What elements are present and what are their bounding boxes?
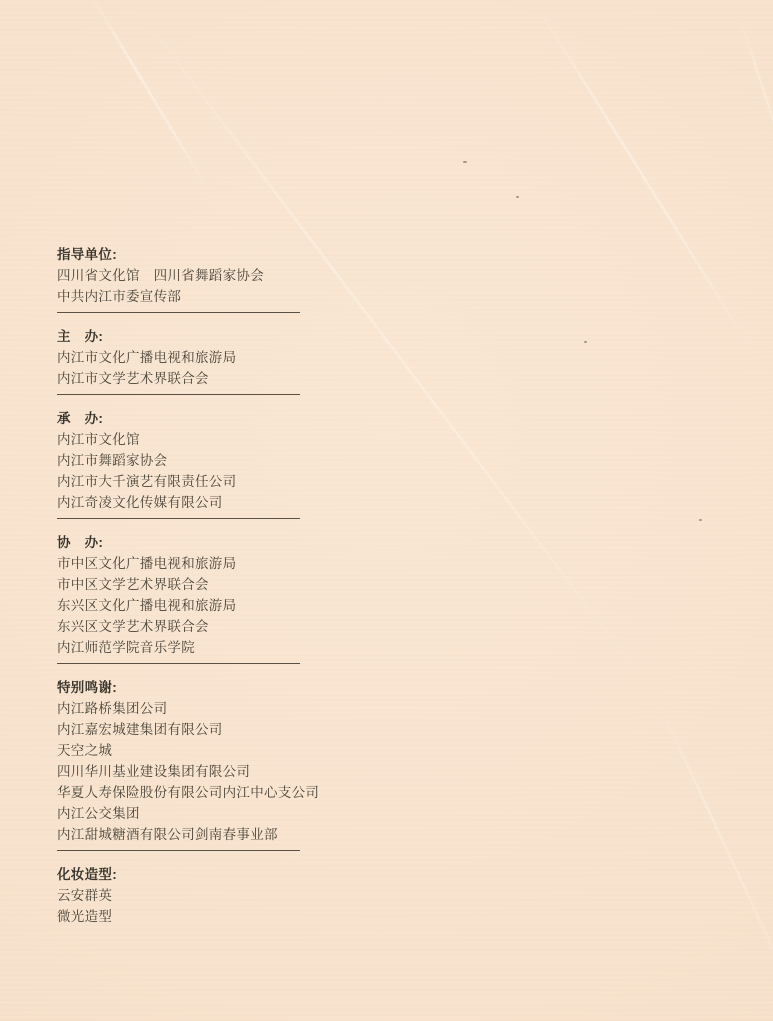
section-guiding-units: 指导单位: 四川省文化馆 四川省舞蹈家协会 中共内江市委宣传部 [57, 244, 357, 313]
credit-item: 中共内江市委宣传部 [57, 286, 357, 307]
credit-item: 东兴区文化广播电视和旅游局 [57, 595, 357, 616]
credit-item: 内江师范学院音乐学院 [57, 637, 357, 658]
credit-section-heading: 化妆造型: [57, 864, 357, 885]
section-organizer: 承 办: 内江市文化馆 内江市舞蹈家协会 内江市大千演艺有限责任公司 内江奇凌文… [57, 408, 357, 519]
credit-item: 微光造型 [57, 906, 357, 927]
credit-item: 内江嘉宏城建集团有限公司 [57, 719, 357, 740]
credit-item: 华夏人寿保险股份有限公司内江中心支公司 [57, 782, 357, 803]
credits-list: 指导单位: 四川省文化馆 四川省舞蹈家协会 中共内江市委宣传部 主 办: 内江市… [57, 244, 357, 927]
credit-section-heading: 协 办: [57, 532, 357, 553]
section-makeup-styling: 化妆造型: 云安群英 微光造型 [57, 864, 357, 927]
section-divider-line [57, 850, 300, 851]
credit-item: 内江市文学艺术界联合会 [57, 368, 357, 389]
credit-item: 内江市舞蹈家协会 [57, 450, 357, 471]
credit-item: 云安群英 [57, 885, 357, 906]
credit-item: 四川省文化馆 四川省舞蹈家协会 [57, 265, 357, 286]
section-co-organizer: 协 办: 市中区文化广播电视和旅游局 市中区文学艺术界联合会 东兴区文化广播电视… [57, 532, 357, 664]
program-credits-page: 指导单位: 四川省文化馆 四川省舞蹈家协会 中共内江市委宣传部 主 办: 内江市… [0, 0, 773, 1021]
section-divider-line [57, 312, 300, 313]
credit-item: 市中区文学艺术界联合会 [57, 574, 357, 595]
credit-item: 天空之城 [57, 740, 357, 761]
credit-item: 内江公交集团 [57, 803, 357, 824]
section-special-thanks: 特别鸣谢: 内江路桥集团公司 内江嘉宏城建集团有限公司 天空之城 四川华川基业建… [57, 677, 357, 851]
paper-speck-3 [584, 341, 587, 343]
credit-section-heading: 主 办: [57, 326, 357, 347]
credit-item: 四川华川基业建设集团有限公司 [57, 761, 357, 782]
section-divider-line [57, 518, 300, 519]
credit-item: 东兴区文学艺术界联合会 [57, 616, 357, 637]
paper-speck-1 [463, 161, 467, 163]
credit-item: 内江市大千演艺有限责任公司 [57, 471, 357, 492]
section-divider-line [57, 663, 300, 664]
section-divider-line [57, 394, 300, 395]
paper-speck-2 [516, 196, 519, 198]
credit-section-heading: 指导单位: [57, 244, 357, 265]
credit-section-heading: 特别鸣谢: [57, 677, 357, 698]
credit-item: 内江市文化广播电视和旅游局 [57, 347, 357, 368]
credit-section-heading: 承 办: [57, 408, 357, 429]
credit-item: 内江路桥集团公司 [57, 698, 357, 719]
paper-speck-4 [699, 519, 702, 521]
section-host: 主 办: 内江市文化广播电视和旅游局 内江市文学艺术界联合会 [57, 326, 357, 395]
credit-item: 内江甜城糖酒有限公司剑南春事业部 [57, 824, 357, 845]
credit-item: 市中区文化广播电视和旅游局 [57, 553, 357, 574]
credit-item: 内江奇凌文化传媒有限公司 [57, 492, 357, 513]
credit-item: 内江市文化馆 [57, 429, 357, 450]
